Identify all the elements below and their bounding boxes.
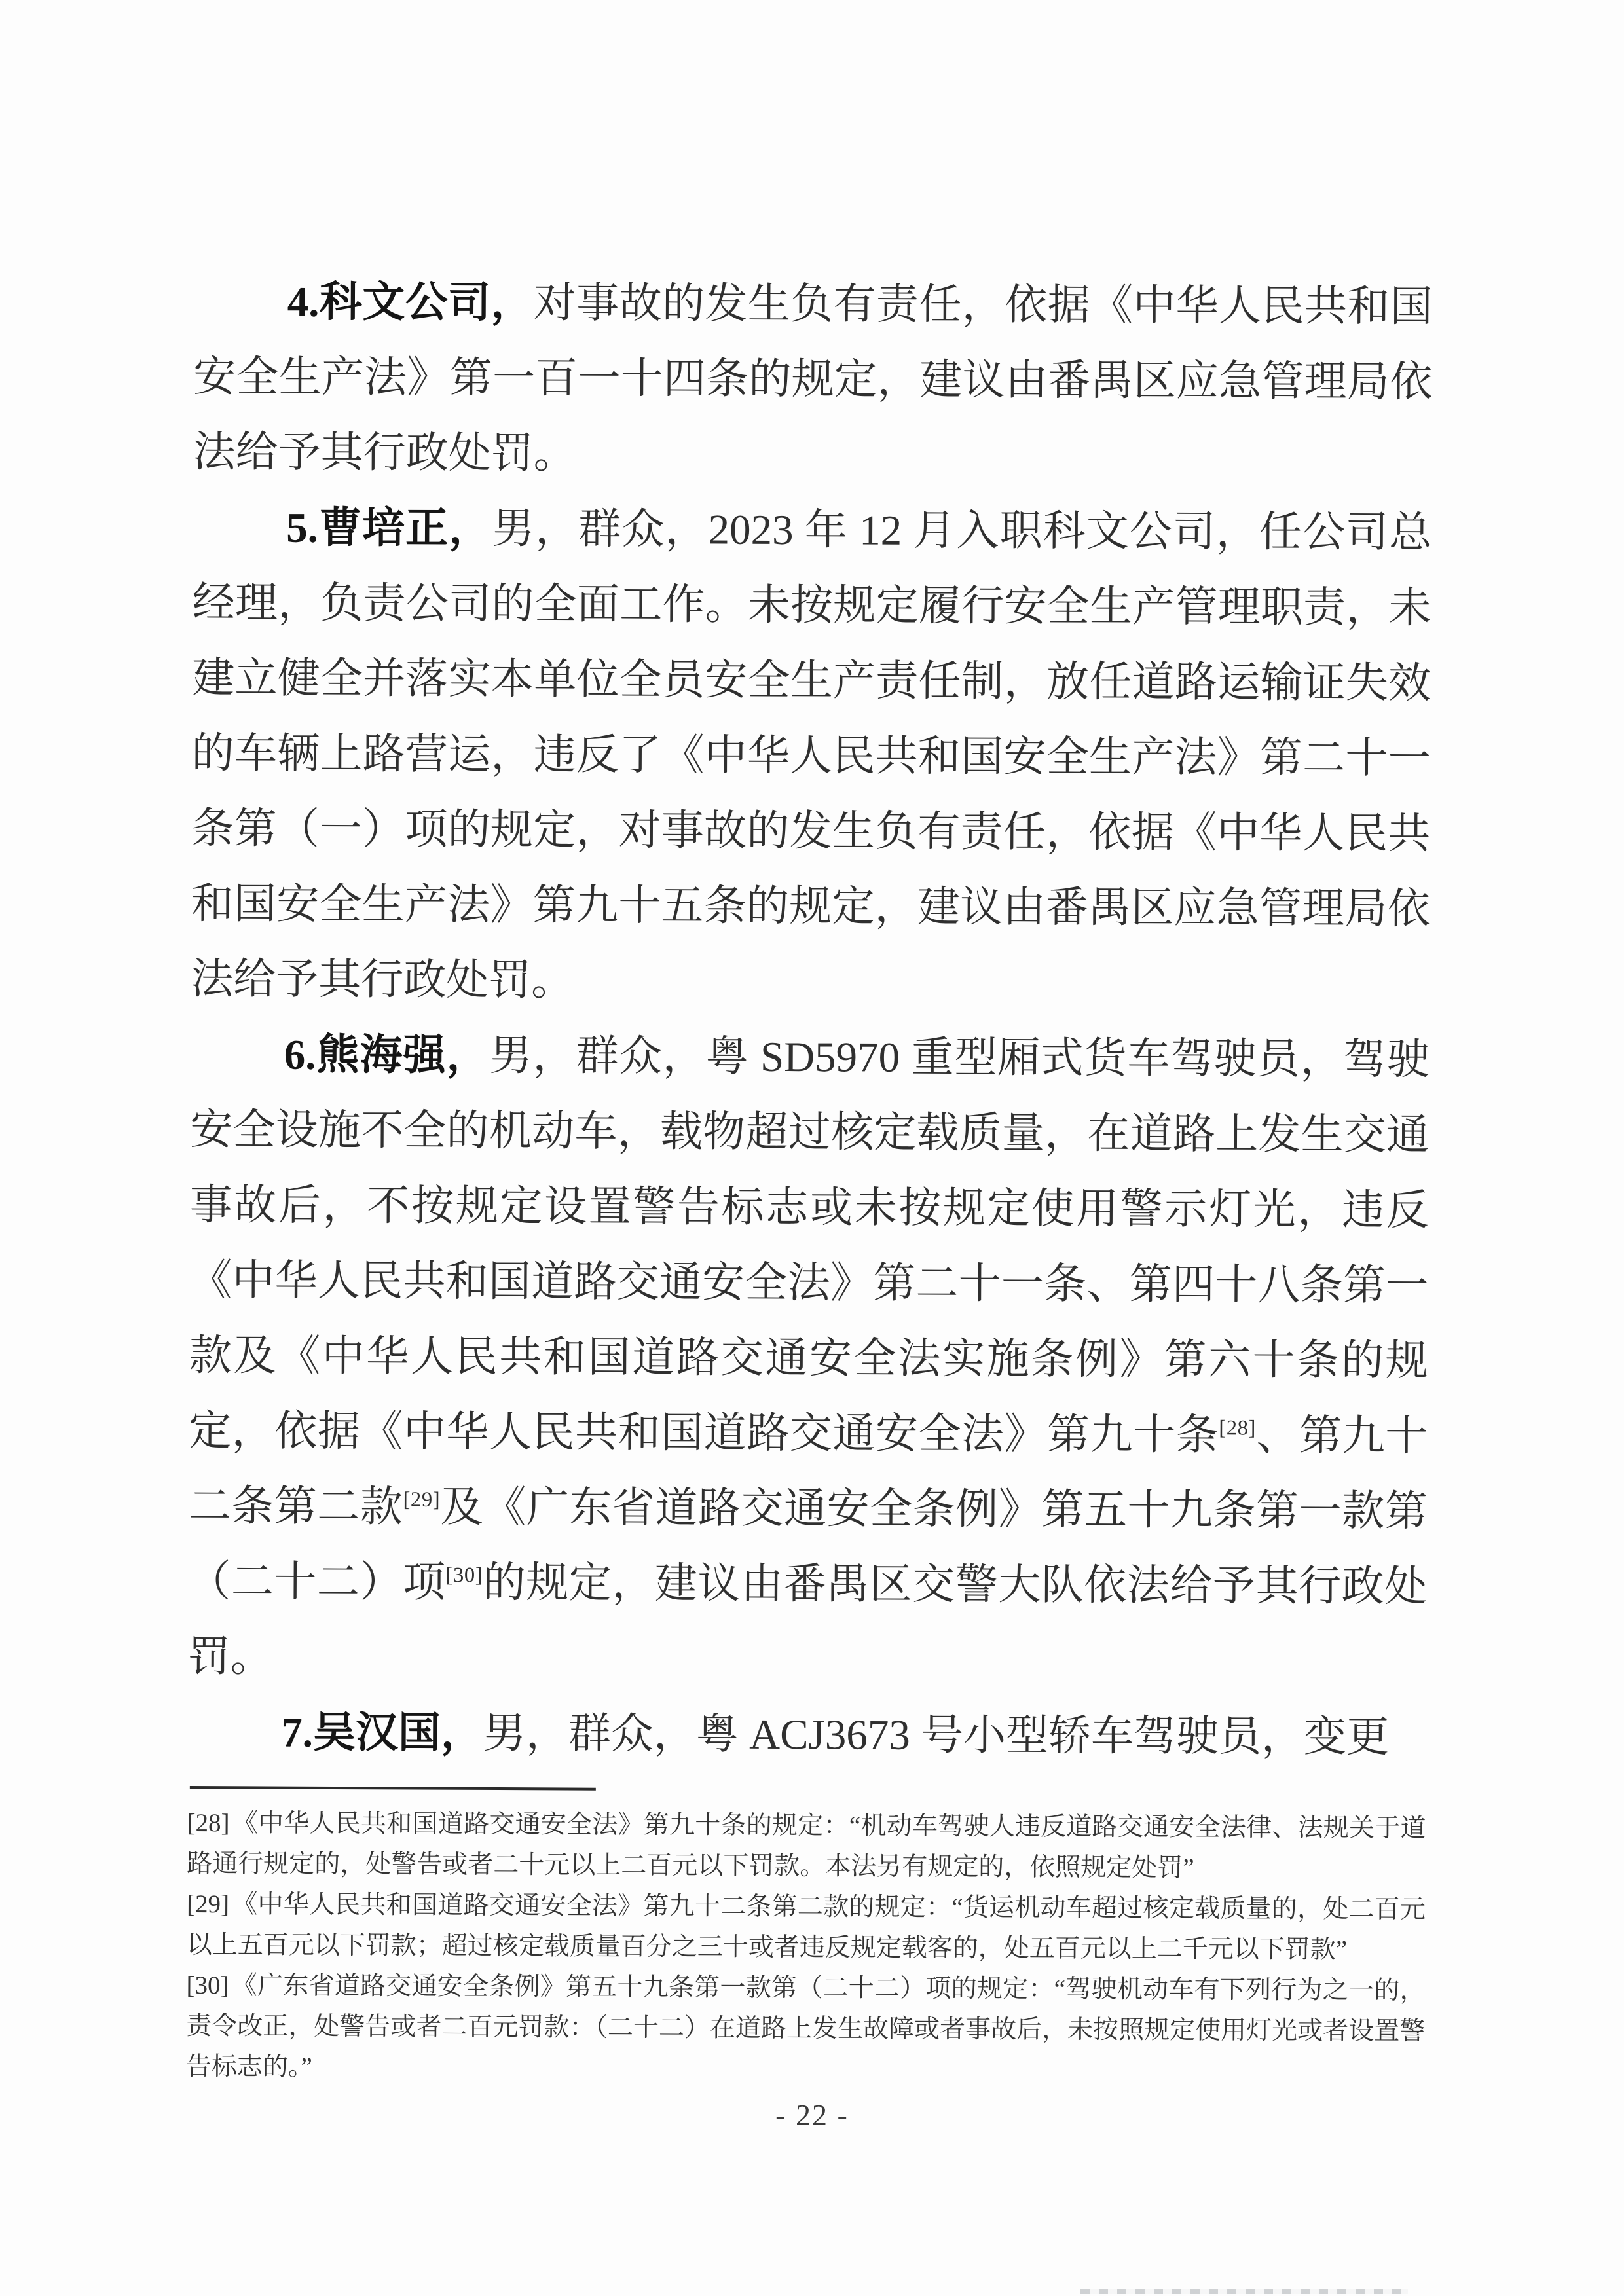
paragraph: 6.熊海强，男，群众，粤 SD5970 重型厢式货车驾驶员，驾驶安全设施不全的机… bbox=[187, 1017, 1429, 1700]
footnote-ref: [28] bbox=[1219, 1416, 1256, 1440]
paragraph: 4.科文公司，对事故的发生负有责任，依据《中华人民共和国安全生产法》第一百一十四… bbox=[193, 264, 1432, 496]
body-paragraphs: 4.科文公司，对事故的发生负有责任，依据《中华人民共和国安全生产法》第一百一十四… bbox=[187, 264, 1433, 1776]
item-lead: 6.熊海强， bbox=[284, 1032, 490, 1080]
footnote-marker: [30] bbox=[186, 1971, 231, 1999]
footnote-text: 《中华人民共和国道路交通安全法》第九十二条第二款的规定：“货运机动车超过核定载质… bbox=[187, 1890, 1426, 1963]
footnote-separator bbox=[190, 1786, 596, 1791]
footnote-text: 《广东省道路交通安全条例》第五十九条第一款第（二十二）项的规定：“驾驶机动车有下… bbox=[186, 1971, 1426, 2081]
text-run: 男，群众，粤 SD5970 重型厢式货车驾驶员，驾驶安全设施不全的机动车，载物超… bbox=[189, 1032, 1430, 1459]
footnote: [29]《中华人民共和国道路交通安全法》第九十二条第二款的规定：“货运机动车超过… bbox=[187, 1884, 1426, 1971]
footnote-ref: [30] bbox=[445, 1563, 483, 1587]
footnote-marker: [29] bbox=[187, 1890, 232, 1918]
page-number: - 22 - bbox=[0, 2098, 1624, 2132]
footnote-text: 《中华人民共和国道路交通安全法》第九十条的规定：“机动车驾驶人违反道路交通安全法… bbox=[187, 1809, 1426, 1882]
text-run: 男，群众，粤 ACJ3673 号小型轿车驾驶员，变更 bbox=[483, 1710, 1389, 1761]
document-page: 4.科文公司，对事故的发生负有责任，依据《中华人民共和国安全生产法》第一百一十四… bbox=[0, 0, 1624, 2296]
item-lead: 5.曹培正， bbox=[286, 505, 492, 553]
footnote-ref: [29] bbox=[403, 1488, 440, 1512]
footnotes-list: [28]《中华人民共和国道路交通安全法》第九十条的规定：“机动车驾驶人违反道路交… bbox=[186, 1803, 1426, 2092]
paragraph: 7.吴汉国，男，群众，粤 ACJ3673 号小型轿车驾驶员，变更 bbox=[187, 1695, 1426, 1776]
footnote: [28]《中华人民共和国道路交通安全法》第九十条的规定：“机动车驾驶人违反道路交… bbox=[187, 1803, 1426, 1889]
scanned-text-block: 4.科文公司，对事故的发生负有责任，依据《中华人民共和国安全生产法》第一百一十四… bbox=[186, 264, 1433, 2092]
item-lead: 4.科文公司， bbox=[287, 279, 534, 327]
footnote-marker: [28] bbox=[187, 1809, 232, 1837]
footnote: [30]《广东省道路交通安全条例》第五十九条第一款第（二十二）项的规定：“驾驶机… bbox=[186, 1965, 1426, 2092]
scan-artifact-strip bbox=[1080, 2289, 1408, 2294]
paragraph: 5.曹培正，男，群众，2023 年 12 月入职科文公司，任公司总经理，负责公司… bbox=[191, 490, 1431, 1023]
item-lead: 7.吴汉国， bbox=[281, 1709, 483, 1757]
text-run: 男，群众，2023 年 12 月入职科文公司，任公司总经理，负责公司的全面工作。… bbox=[191, 505, 1431, 1005]
